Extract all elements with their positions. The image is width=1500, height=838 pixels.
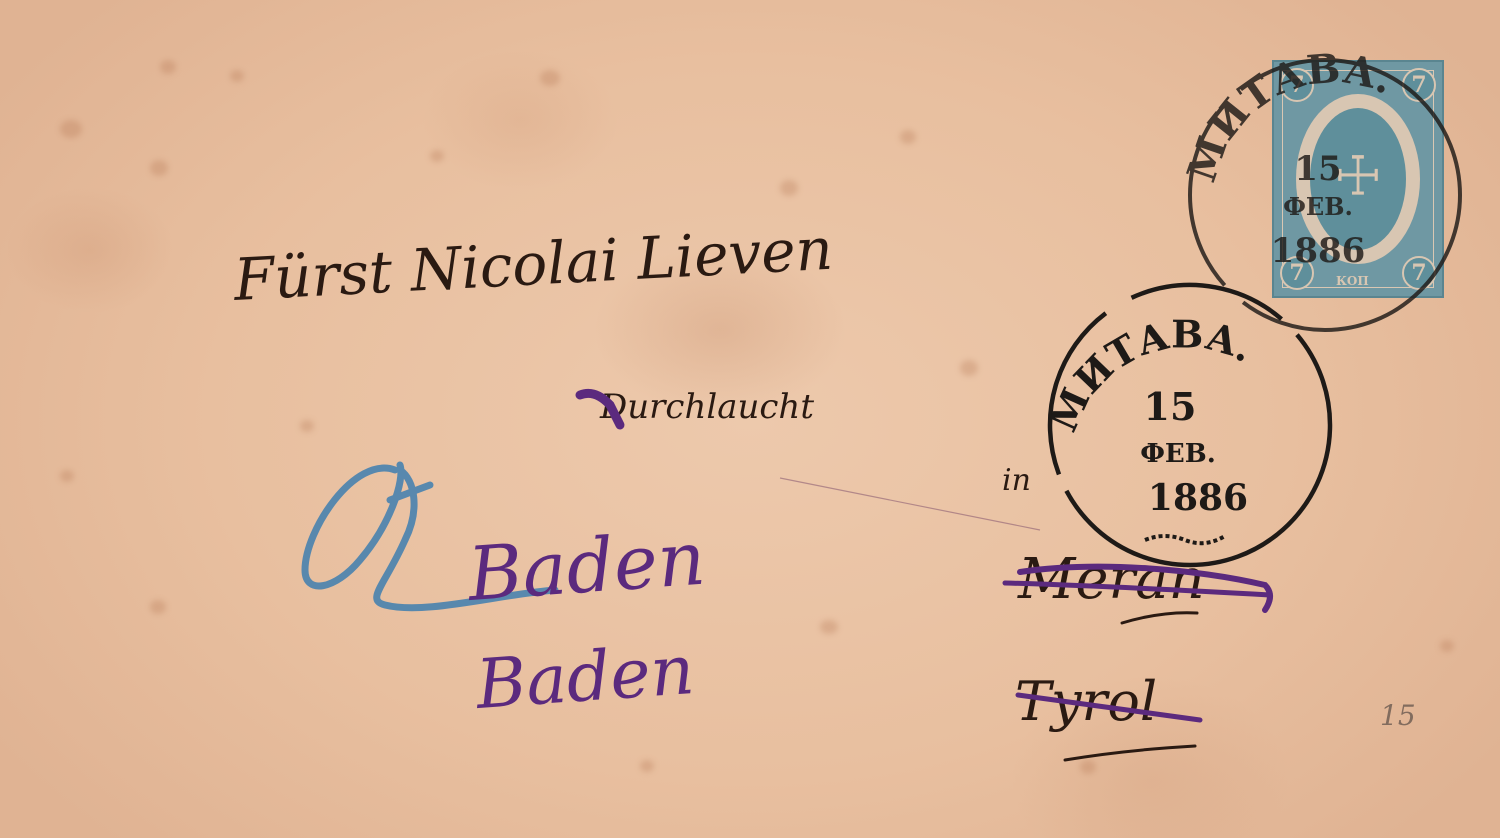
underline [1122, 613, 1197, 623]
postmark-month: ФЕВ. [1140, 439, 1216, 469]
markings-layer: МИТАВА. 15 ФЕВ. 1886 МИТАВА. 15 ФЕВ. 188… [0, 0, 1500, 838]
prefix-in: in [1002, 463, 1031, 498]
honorific: Durchlaucht [599, 387, 814, 427]
recipient-name: Fürst Nicolai Lieven [231, 215, 834, 314]
guide-line [780, 478, 1040, 530]
struck-destination-meran: Meran [1017, 547, 1205, 612]
destination-baden: Baden [463, 516, 708, 618]
struck-destination-tyrol: Tyrol [1015, 670, 1157, 733]
postmark-day: 15 [1144, 384, 1197, 429]
postmark-town: МИТАВА. [1178, 45, 1400, 188]
envelope: ☩ 7 7 7 7 КОП МИТАВА. 15 ФЕВ. 1886 МИТАВ… [0, 0, 1500, 838]
underline [1065, 746, 1195, 760]
postmark-year: 1886 [1271, 231, 1366, 271]
svg-text:МИТАВА.: МИТАВА. [1178, 45, 1400, 188]
postmark-month: ФЕВ. [1283, 192, 1353, 221]
pencil-note: 15 [1380, 699, 1416, 732]
postmark-year: 1886 [1148, 477, 1248, 519]
destination-baden: Baden [472, 631, 697, 725]
postmark-day: 15 [1294, 149, 1341, 189]
